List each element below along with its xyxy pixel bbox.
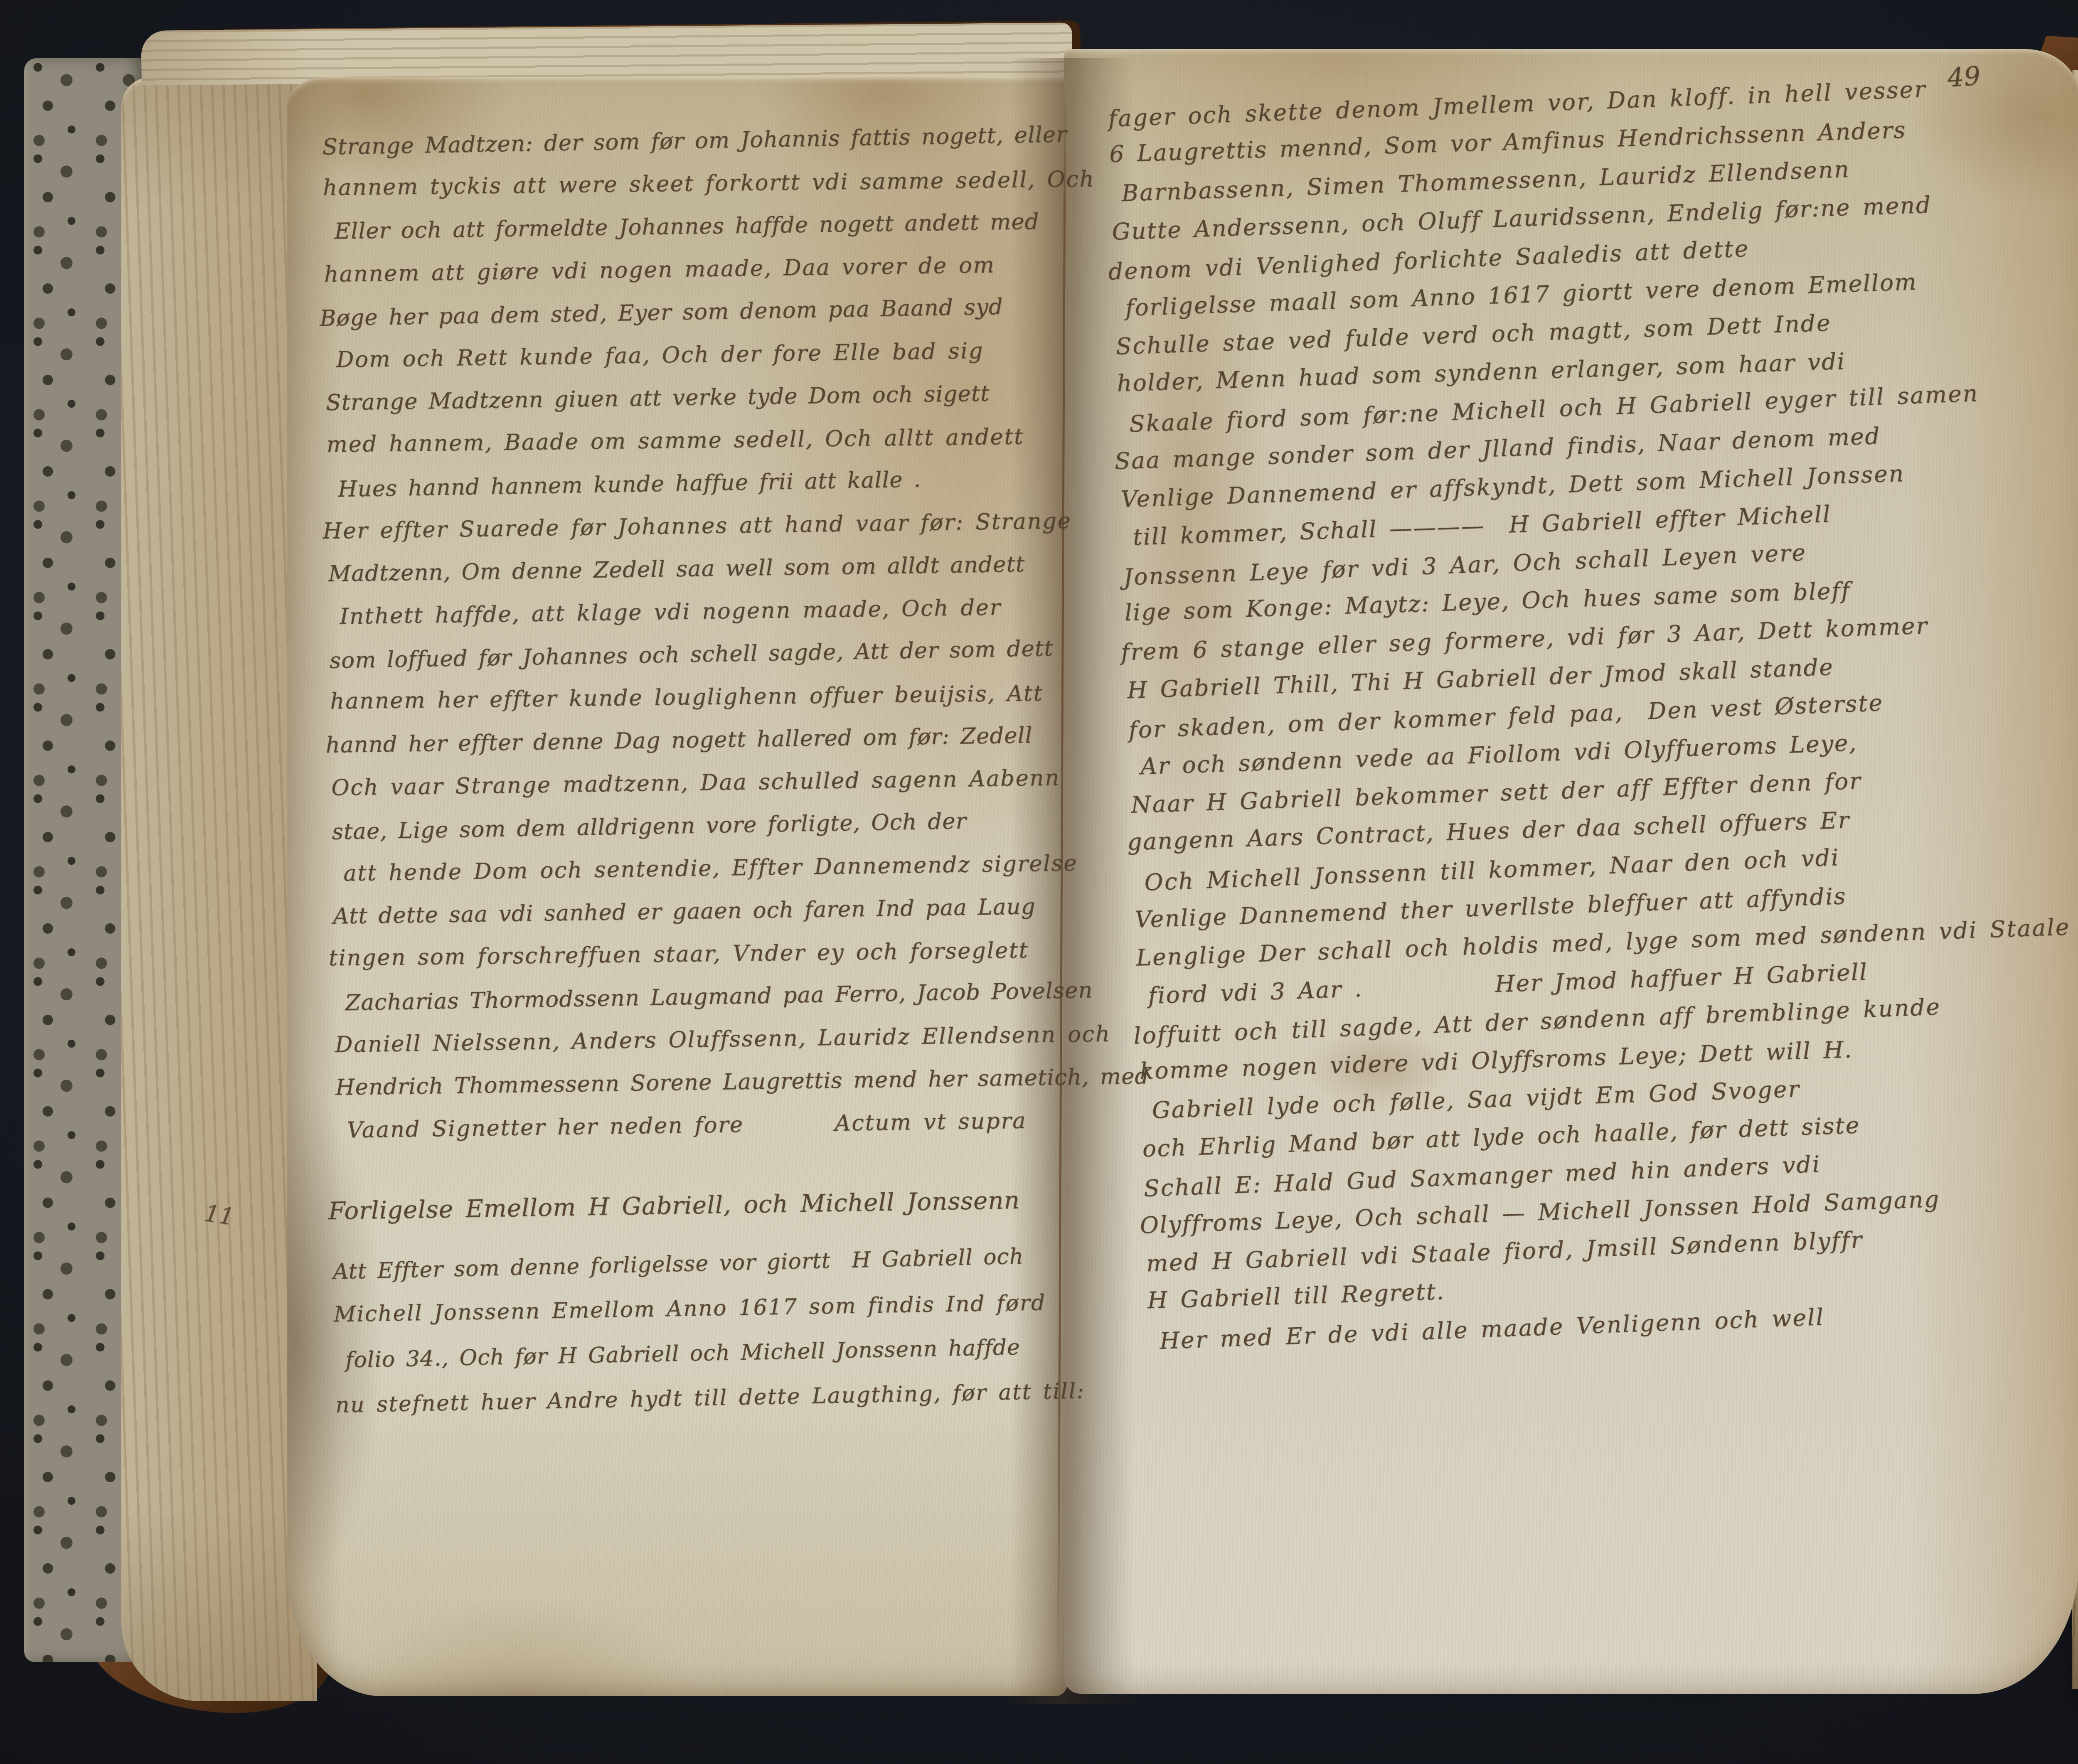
- manuscript-line: hannem tyckis att were skeet forkortt vd…: [323, 158, 1071, 209]
- right-page-text-block: fager och skette denom Jmellem vor, Dan …: [1108, 66, 2078, 1359]
- margin-mark: 11: [202, 1200, 236, 1231]
- left-page-paragraph: Att Effter som denne forligelsse vor gio…: [332, 1234, 1084, 1427]
- page-stack-top-edge: [141, 22, 1072, 86]
- photo-backdrop: 49 11 Strange Madtzen: der som før om Jo…: [0, 0, 2078, 1764]
- manuscript-line: hannem her effter kunde louglighenn offu…: [330, 672, 1078, 723]
- left-page-text-block: Strange Madtzen: der som før om Johannis…: [322, 114, 1084, 1152]
